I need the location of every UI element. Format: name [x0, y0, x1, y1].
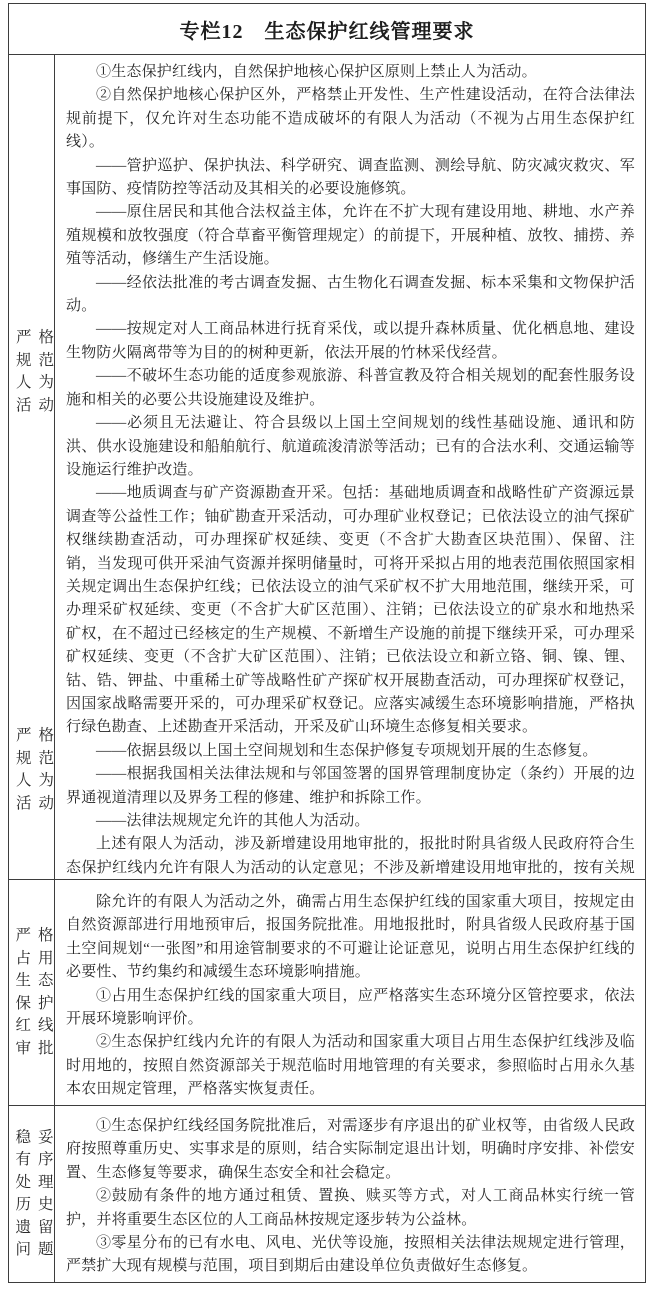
row-content-cell: ①生态保护红线经国务院批准后，对需逐步有序退出的矿业权等，由省级人民政府按照尊重… [55, 1106, 645, 1282]
row-content-cell: ①生态保护红线内，自然保护地核心保护区原则上禁止人为活动。 ②自然保护地核心保护… [55, 55, 645, 879]
table-row-regulate-human-activities: 严格 规范 人为 活动 严格 规范 人为 活动 ①生态保护红线内，自然保护地核心… [9, 55, 645, 880]
row-label-cell: 严格 规范 人为 活动 严格 规范 人为 活动 [9, 55, 55, 879]
table-row-historical-issues: 稳妥 有序 处理 历史 遗留 问题 ①生态保护红线经国务院批准后，对需逐步有序退… [9, 1106, 645, 1282]
row-label-cell: 稳妥 有序 处理 历史 遗留 问题 [9, 1106, 55, 1282]
table-title-row: 专栏12 生态保护红线管理要求 [9, 4, 645, 55]
label-line: 人为 [9, 770, 55, 793]
paragraph: ——必须且无法避让、符合县级以上国土空间规划的线性基础设施、通讯和防洪、供水设施… [66, 412, 635, 482]
label-line: 有序 [9, 1149, 55, 1172]
label-line: 历史 [9, 1194, 55, 1217]
row-label-historical-issues: 稳妥 有序 处理 历史 遗留 问题 [9, 1127, 55, 1262]
label-line: 规范 [9, 350, 55, 373]
paragraph: ②鼓励有条件的地方通过租赁、置换、赎买等方式，对人工商品林实行统一管护，并将重要… [66, 1185, 635, 1232]
paragraph: ③零星分布的已有水电、风电、光伏等设施，按照相关法律法规规定进行管理，严禁扩大现… [66, 1232, 635, 1279]
label-line: 问题 [9, 1239, 55, 1262]
document-page: 专栏12 生态保护红线管理要求 严格 规范 人为 活动 严格 规范 人为 活动 [0, 0, 655, 1299]
table-title: 专栏12 生态保护红线管理要求 [180, 15, 475, 44]
paragraph: ②自然保护地核心保护区外，严格禁止开发性、生产性建设活动，在符合法律法规前提下，… [66, 84, 635, 154]
paragraph: ——经依法批准的考古调查发掘、古生物化石调查发掘、标本采集和文物保护活动。 [66, 272, 635, 319]
label-line: 处理 [9, 1172, 55, 1195]
paragraph: ——依据县级以上国土空间规划和生态保护修复专项规划开展的生态修复。 [66, 740, 635, 763]
paragraph: ——地质调查与矿产资源勘查开采。包括：基础地质调查和战略性矿产资源远景调查等公益… [66, 482, 635, 739]
paragraph: ——法律法规规定允许的其他人为活动。 [66, 810, 635, 833]
row-label-cell: 严格 占用 生态 保护 红线 审批 [9, 880, 55, 1105]
label-line: 稳妥 [9, 1127, 55, 1150]
table-row-occupation-approval: 严格 占用 生态 保护 红线 审批 除允许的有限人为活动之外，确需占用生态保护红… [9, 880, 645, 1106]
paragraph: ①生态保护红线内，自然保护地核心保护区原则上禁止人为活动。 [66, 61, 635, 84]
label-line: 审批 [9, 1038, 55, 1061]
row-label-regulate-human-activities: 严格 规范 人为 活动 [9, 327, 55, 417]
label-line: 规范 [9, 748, 55, 771]
paragraph: ①生态保护红线经国务院批准后，对需逐步有序退出的矿业权等，由省级人民政府按照尊重… [66, 1115, 635, 1185]
row-label-occupation-approval: 严格 占用 生态 保护 红线 审批 [9, 925, 55, 1060]
paragraph: ——管护巡护、保护执法、科学研究、调查监测、测绘导航、防灾减灾救灾、军事国防、疫… [66, 155, 635, 202]
label-line: 严格 [9, 925, 55, 948]
label-line: 占用 [9, 948, 55, 971]
label-line: 遗留 [9, 1217, 55, 1240]
policy-table: 专栏12 生态保护红线管理要求 严格 规范 人为 活动 严格 规范 人为 活动 [8, 3, 646, 1283]
paragraph: ——根据我国相关法律法规和与邻国签署的国界管理制度协定（条约）开展的边界通视道清… [66, 763, 635, 810]
row-content-cell: 除允许的有限人为活动之外，确需占用生态保护红线的国家重大项目，按规定由自然资源部… [55, 880, 645, 1105]
label-line: 人为 [9, 372, 55, 395]
label-line: 严格 [9, 725, 55, 748]
paragraph: ——原住居民和其他合法权益主体，允许在不扩大现有建设用地、耕地、水产养殖规模和放… [66, 201, 635, 271]
label-line: 严格 [9, 327, 55, 350]
label-line: 活动 [9, 793, 55, 816]
label-line: 红线 [9, 1015, 55, 1038]
paragraph: ①占用生态保护红线的国家重大项目，应严格落实生态环境分区管控要求，依法开展环境影… [66, 985, 635, 1032]
paragraph: 上述有限人为活动，涉及新增建设用地审批的，报批时附具省级人民政府符合生态保护红线… [66, 833, 635, 879]
label-line: 生态 [9, 970, 55, 993]
label-line: 活动 [9, 395, 55, 418]
paragraph: ②生态保护红线内允许的有限人为活动和国家重大项目占用生态保护红线涉及临时用地的，… [66, 1031, 635, 1101]
paragraph: 除允许的有限人为活动之外，确需占用生态保护红线的国家重大项目，按规定由自然资源部… [66, 891, 635, 985]
row-label-regulate-human-activities-repeat: 严格 规范 人为 活动 [9, 725, 55, 815]
paragraph: ——按规定对人工商品林进行抚育采伐，或以提升森林质量、优化栖息地、建设生物防火隔… [66, 318, 635, 365]
paragraph: ——不破坏生态功能的适度参观旅游、科普宣教及符合相关规划的配套性服务设施和相关的… [66, 365, 635, 412]
label-line: 保护 [9, 993, 55, 1016]
